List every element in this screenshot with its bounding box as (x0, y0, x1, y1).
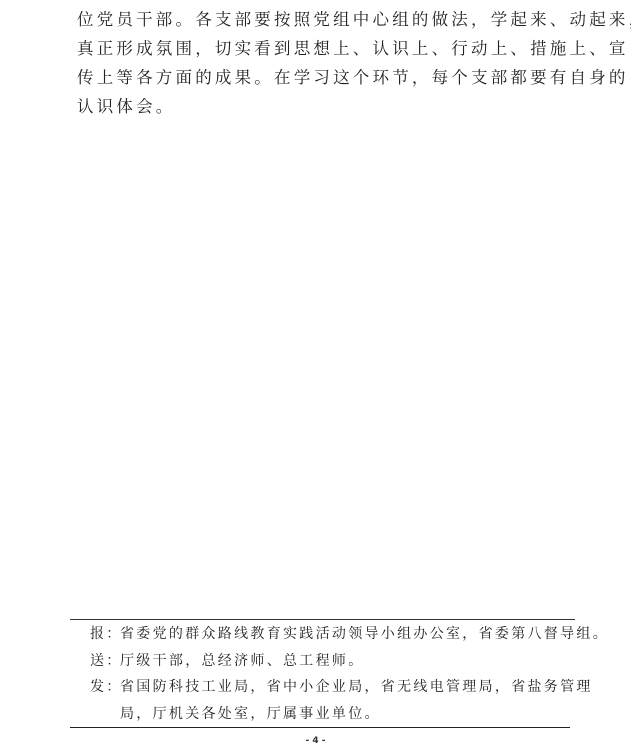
top-divider (70, 619, 575, 620)
distribution-list: 报： 省委党的群众路线教育实践活动领导小组办公室，省委第八督导组。 送： 厅级干… (90, 621, 580, 727)
send-to-row: 送： 厅级干部，总经济师、总工程师。 (90, 648, 580, 675)
send-value: 厅级干部，总经济师、总工程师。 (120, 648, 580, 675)
issue-to-row: 发： 省国防科技工业局，省中小企业局，省无线电管理局，省盐务管理 (90, 674, 580, 701)
report-value: 省委党的群众路线教育实践活动领导小组办公室，省委第八督导组。 (120, 621, 609, 648)
bottom-divider (70, 727, 570, 728)
body-line: 认识体会。 (77, 92, 559, 121)
issue-value: 省国防科技工业局，省中小企业局，省无线电管理局，省盐务管理 (120, 674, 593, 701)
issue-continuation: 局，厅机关各处室，厅属事业单位。 (90, 701, 580, 728)
page-number: - 4 - (0, 736, 631, 746)
issue-label: 发： (90, 674, 120, 701)
report-to-row: 报： 省委党的群众路线教育实践活动领导小组办公室，省委第八督导组。 (90, 621, 580, 648)
body-line: 真正形成氛围，切实看到思想上、认识上、行动上、措施上、宣 (77, 34, 559, 63)
body-paragraph: 位党员干部。各支部要按照党组中心组的做法，学起来、动起来， 真正形成氛围，切实看… (77, 5, 559, 121)
body-line: 位党员干部。各支部要按照党组中心组的做法，学起来、动起来， (77, 5, 559, 34)
send-label: 送： (90, 648, 120, 675)
body-line: 传上等各方面的成果。在学习这个环节，每个支部都要有自身的 (77, 63, 559, 92)
report-label: 报： (90, 621, 120, 648)
